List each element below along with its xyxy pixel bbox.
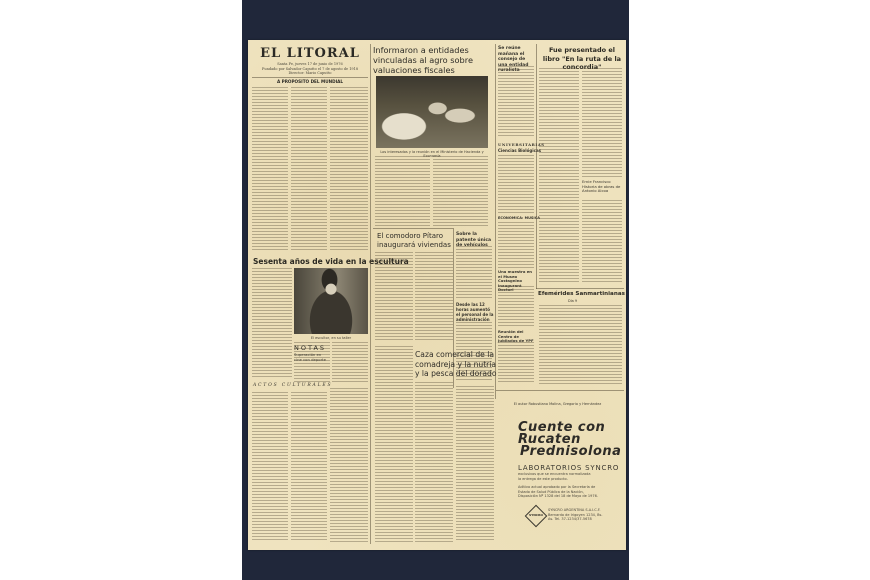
notas-heading: NOTAS [294,344,326,352]
text-column [415,252,453,342]
text-column [498,342,534,384]
text-column [498,155,534,213]
section-heading: A PROPOSITO DEL MUNDIAL [254,79,366,84]
tres-horas-headline: Desde las 12 horas aumentó el personal d… [456,302,494,322]
caza-headline: Caza comercial de la comadreja y la nutr… [415,350,497,379]
meeting-photo [376,76,488,148]
text-column [582,68,622,178]
text-column [415,382,453,542]
masthead: EL LITORAL [254,46,366,61]
economica-heading: ECONOMICA: MUSICA [498,216,540,220]
author-caption: El autor Robustiano Molina, Gregorio y H… [510,402,605,406]
text-column [498,286,534,326]
text-column [252,87,288,252]
ciencias-heading: Ciencias Biológicas [498,148,541,153]
column-rule [536,44,537,289]
text-column [498,66,534,138]
director-line: Director: Mario Caputto [254,71,366,76]
sculptor-photo [294,268,368,334]
text-column [375,252,413,342]
efemerides-headline: Efemérides Sanmartinianas [538,291,625,297]
text-column [291,392,327,542]
text-column [456,246,492,300]
universitarias-heading: UNIVERSITARIAS [498,142,545,147]
text-column [539,305,622,385]
text-column [291,87,327,252]
text-column [456,386,494,542]
ad-laboratory: LABORATORIOS SYNCRO [518,464,626,472]
column-rule [370,44,371,544]
text-column [375,346,413,542]
section-rule [536,288,624,289]
ad-fine-3: Aditivo actual aprobado por la Secretarí… [518,485,598,499]
ad-fine-2: la entrega de este producto. [518,477,626,482]
text-column [330,87,368,252]
section-rule [373,228,453,229]
newspaper-page: EL LITORAL Santa Fe, jueves 17 de junio … [248,40,626,550]
book-subheading: Ernie Francisco Historia de obras de Ant… [582,180,622,194]
text-column [332,342,368,382]
efemerides-day: Día 9 [568,299,577,303]
main-headline: Informaron a entidades vinculadas al agr… [373,45,495,75]
masthead-details: Santa Fe, jueves 17 de junio de 1976 Fun… [254,62,366,76]
text-column [330,388,368,542]
notas-subheading: Superación en cine con deporte [294,353,330,362]
text-column [433,156,488,226]
section-rule [496,390,624,391]
ad-address: SYNCRO ARGENTINA S.A.I.C.F. Bernardo de … [548,508,604,522]
text-column [252,268,292,378]
syncro-logo-text: SYNCRO [526,513,546,517]
text-column [539,68,579,283]
column-rule [495,44,496,399]
ad-line-3: Prednisolona [518,446,626,458]
pitaro-headline: El comodoro Pítaro inaugurará viviendas [377,232,455,249]
actos-heading: ACTOS CULTURALES [253,383,332,388]
text-column [375,156,430,226]
advertisement: Cuente con Rucaten Prednisolona LABORATO… [518,422,626,499]
text-column [498,222,534,268]
sculpture-caption: El escultor, en su taller [294,336,368,340]
text-column [582,200,622,283]
text-column [252,392,288,542]
masthead-rule [252,77,368,78]
